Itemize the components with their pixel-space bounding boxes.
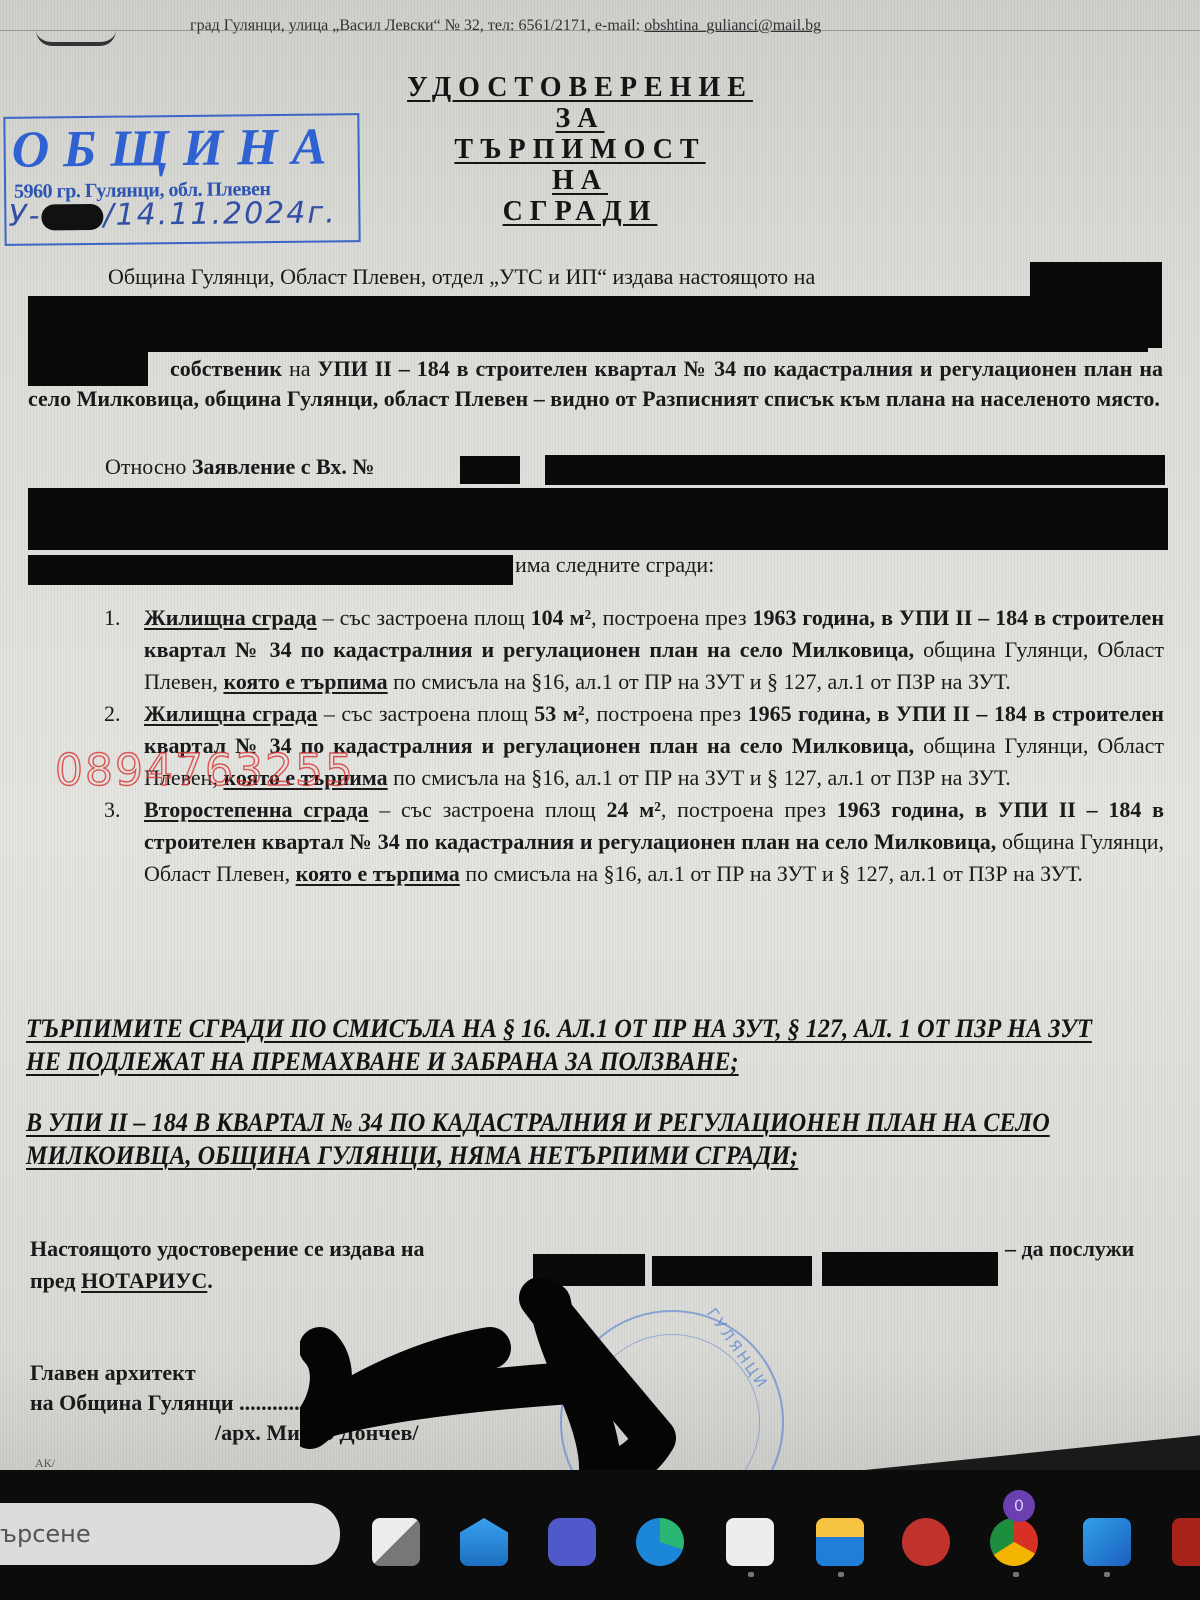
- signature-redaction-scribble: [300, 1278, 700, 1478]
- header-address: град Гулянци, улица „Васил Левски“ № 32,…: [190, 17, 821, 35]
- redaction: [822, 1252, 998, 1286]
- intro-owner: собственик на УПИ II – 184 в строителен …: [28, 354, 1163, 414]
- building-status: която е търпима: [296, 861, 460, 886]
- notice-no-intolerable: В УПИ II – 184 В КВАРТАЛ № 34 ПО КАДАСТР…: [26, 1106, 1096, 1172]
- registry-stamp: ОБЩИНА 5960 гр. Гулянци, обл. Плевен У-/…: [3, 113, 360, 246]
- document-title: УДОСТОВЕРЕНИЕ ЗА ТЪРПИМОСТ НА СГРАДИ: [370, 72, 790, 227]
- intro-line: Община Гулянци, Област Плевен, отдел „УТ…: [108, 262, 815, 292]
- task-view-icon[interactable]: [372, 1518, 420, 1566]
- building-type: Жилищна сграда: [144, 701, 317, 726]
- crest-icon: [36, 30, 116, 46]
- building-type: Жилищна сграда: [144, 605, 317, 630]
- request-line: Относно Заявление с Вх. №: [105, 452, 374, 482]
- running-indicator: [838, 1572, 844, 1577]
- stamp-reg-date: 14.11.2024г.: [115, 195, 336, 232]
- legal-basis: по смисъла на §16, ал.1 от ПР на ЗУТ и §…: [388, 669, 1011, 694]
- title-line: НА: [370, 165, 790, 196]
- address-text: град Гулянци, улица „Васил Левски“ № 32,…: [190, 17, 644, 34]
- area-label: – със застроена площ: [368, 797, 606, 822]
- stamp-reg-prefix: У-: [8, 198, 41, 233]
- photos-icon[interactable]: [1083, 1518, 1131, 1566]
- building-area: 104 м²: [531, 605, 592, 630]
- phone-watermark: 0894763255: [55, 745, 355, 796]
- title-line: ЗА: [370, 103, 790, 134]
- request-label: Заявление с Вх. №: [192, 454, 375, 479]
- document-page: град Гулянци, улица „Васил Левски“ № 32,…: [0, 0, 1200, 1495]
- title-line: УДОСТОВЕРЕНИЕ: [370, 72, 790, 103]
- redaction: [28, 488, 1168, 522]
- chrome-icon[interactable]: [990, 1518, 1038, 1566]
- author-initials: АК/: [35, 1456, 55, 1471]
- file-explorer-icon[interactable]: [816, 1518, 864, 1566]
- legal-basis: по смисъла на §16, ал.1 от ПР на ЗУТ и §…: [388, 765, 1011, 790]
- legal-basis: по смисъла на §16, ал.1 от ПР на ЗУТ и §…: [460, 861, 1083, 886]
- stamp-registration: У-/14.11.2024г.: [8, 195, 337, 233]
- built-label: , построена през: [584, 701, 747, 726]
- chrome-profile-badge: 0: [1003, 1490, 1035, 1522]
- redaction: [41, 203, 103, 230]
- list-item: 1. Жилищна сграда – със застроена площ 1…: [104, 602, 1164, 698]
- redaction: [545, 455, 1165, 485]
- notary-label: НОТАРИУС: [81, 1268, 207, 1293]
- building-status: която е търпима: [223, 669, 387, 694]
- acrobat-icon[interactable]: [1172, 1518, 1200, 1566]
- issued-prefix: Настоящото удостоверение се издава на: [30, 1234, 425, 1264]
- item-number: 3.: [104, 794, 121, 826]
- request-prefix: Относно: [105, 454, 192, 479]
- store-icon[interactable]: [726, 1518, 774, 1566]
- running-indicator: [1013, 1572, 1019, 1577]
- redaction: [28, 296, 1033, 330]
- redaction: [460, 456, 520, 484]
- list-item: 3. Второстепенна сграда – със застроена …: [104, 794, 1164, 890]
- title-line: ТЪРПИМОСТ: [370, 134, 790, 165]
- issued-suffix: – да послужи: [1005, 1234, 1134, 1264]
- built-label: , построена през: [661, 797, 837, 822]
- notice-tolerable: ТЪРПИМИТЕ СГРАДИ ПО СМИСЪЛА НА § 16. АЛ.…: [26, 1012, 1096, 1078]
- issued-target-end: .: [207, 1268, 213, 1293]
- book-reader-icon[interactable]: [902, 1518, 950, 1566]
- issued-target-prefix: пред: [30, 1268, 81, 1293]
- title-line: СГРАДИ: [370, 196, 790, 227]
- stamp-title: ОБЩИНА: [11, 117, 340, 179]
- running-indicator: [748, 1572, 754, 1577]
- issued-target: пред НОТАРИУС.: [30, 1266, 213, 1296]
- area-label: – със застроена площ: [317, 605, 531, 630]
- request-suffix: има следните сгради:: [515, 550, 714, 580]
- running-indicator: [1104, 1572, 1110, 1577]
- teams-icon[interactable]: [548, 1518, 596, 1566]
- intro-text: на: [282, 356, 317, 381]
- email-link[interactable]: obshtina_gulianci@mail.bg: [644, 17, 821, 34]
- owner-label: собственик: [170, 356, 282, 381]
- edge-icon[interactable]: [636, 1518, 684, 1566]
- item-number: 1.: [104, 602, 121, 634]
- building-type: Второстепенна сграда: [144, 797, 368, 822]
- built-label: , построена през: [591, 605, 752, 630]
- redaction: [28, 520, 1168, 550]
- item-number: 2.: [104, 698, 121, 730]
- building-area: 24 м²: [607, 797, 661, 822]
- building-area: 53 м²: [534, 701, 584, 726]
- redaction: [28, 555, 513, 585]
- area-label: – със застроена площ: [317, 701, 534, 726]
- redaction: [28, 326, 1148, 352]
- taskbar-search-input[interactable]: ърсене: [0, 1503, 340, 1565]
